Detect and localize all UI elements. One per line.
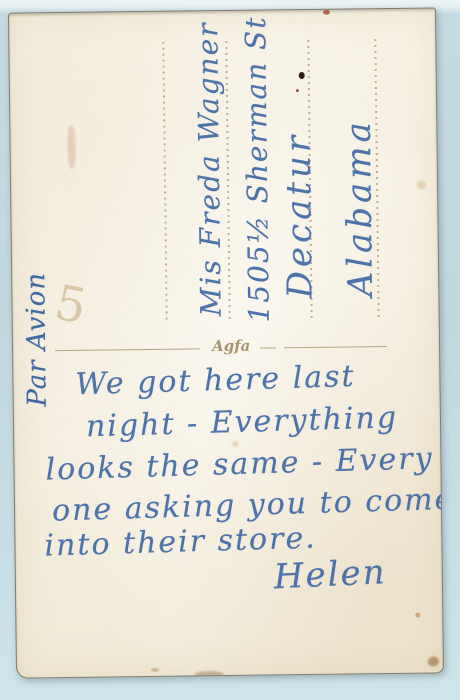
divider-line — [55, 348, 200, 351]
foxing-spot — [195, 671, 223, 678]
address-line-city: Decatur — [280, 125, 318, 305]
foxing-spot — [428, 656, 439, 666]
signature: Helen — [273, 552, 387, 597]
divider-line — [284, 346, 387, 348]
pencil-number: 5 — [50, 274, 91, 335]
address-line-street: 1505½ Sherman St — [238, 22, 278, 322]
agfa-divider: Agfa — [55, 339, 387, 357]
address-line-recipient: Mis Freda Wagner — [190, 26, 230, 316]
foxing-spot — [151, 668, 159, 672]
postcard-photo: Mis Freda Wagner 1505½ Sherman St Decatu… — [0, 0, 460, 700]
message-line: looks the same - Every — [45, 441, 434, 487]
foxing-spot — [232, 441, 238, 447]
divider-line — [260, 347, 276, 348]
red-spot — [296, 89, 299, 92]
red-smudge — [67, 125, 76, 169]
message-line: We got here last — [75, 359, 356, 402]
agfa-brand-mark: Agfa — [212, 337, 251, 355]
foxing-spot — [417, 181, 426, 190]
address-rule-line — [162, 42, 167, 320]
postcard-back: Mis Freda Wagner 1505½ Sherman St Decatu… — [8, 7, 444, 678]
foxing-spot — [415, 613, 420, 618]
ink-spot — [299, 72, 305, 79]
par-avion-note: Par Avion — [18, 254, 56, 424]
message-line: night - Everything — [86, 400, 399, 444]
rust-spot — [323, 10, 330, 15]
address-line-state: Alabama — [341, 115, 379, 300]
